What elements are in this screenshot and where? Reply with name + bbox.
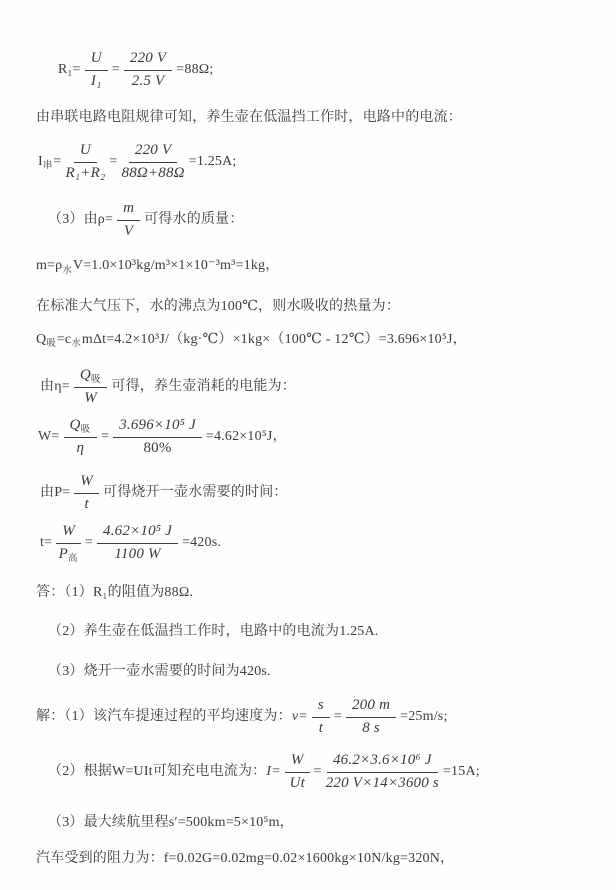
fraction: Q吸 η: [64, 416, 98, 458]
fraction-numerator: W: [74, 472, 99, 494]
math-run: V=1.0×10³kg/m³×1×10⁻³m³=1kg，: [73, 256, 280, 276]
fraction-numerator: U: [85, 49, 108, 71]
fraction-denominator: t: [84, 494, 88, 515]
answer-3: （3）烧开一壶水需要的时间为420s.: [48, 662, 598, 682]
subscript: 串: [43, 160, 53, 174]
text-max-range: （3）最大续航里程s′=500km=5×10⁵m，: [48, 813, 598, 833]
fraction: 3.696×10⁵ J 80%: [113, 416, 202, 458]
solution-average-speed: 解：（1）该汽车提速过程的平均速度为： v= s t = 200 m 8 s =…: [36, 695, 598, 739]
formula-power-time: 由P= W t 可得烧开一壶水需要的时间：: [40, 469, 598, 517]
math-run: m=ρ: [36, 256, 62, 276]
fraction-denominator: t: [319, 718, 323, 739]
fraction-denominator: 80%: [143, 438, 171, 459]
text-run: （3）烧开一壶水需要的时间为420s.: [48, 662, 271, 682]
fraction: W t: [74, 472, 99, 514]
text-heat-absorbed: Q 吸 =c 水 mΔt=4.2×10³J/（kg·℃）×1kg×（100℃ -…: [36, 330, 598, 350]
text-run: 在标准大气压下，水的沸点为100℃，则水吸收的热量为：: [36, 297, 400, 317]
subscript: 高: [68, 554, 78, 564]
math-run: =: [112, 60, 120, 80]
formula-time-calculation: t= W P高 = 4.62×10⁵ J 1100 W =420s.: [40, 519, 598, 567]
answer-2: （2）养生壶在低温挡工作时，电路中的电流为1.25A.: [48, 622, 598, 642]
fraction: W Ut: [285, 751, 310, 793]
math-run: =1.25A;: [189, 152, 237, 172]
text-friction-force: 汽车受到的阻力为：f=0.02G=0.02mg=0.02×1600kg×10N/…: [36, 849, 598, 869]
formula-density-mass: （3）由ρ= m V 可得水的质量：: [48, 196, 598, 244]
math-run: =420s.: [182, 533, 221, 553]
text-run: 解：（1）该汽车提速过程的平均速度为：: [36, 707, 292, 727]
math-run: =: [101, 427, 109, 447]
fraction: W P高: [56, 522, 81, 564]
math-run: =15A;: [443, 762, 480, 782]
math-run: t=: [40, 533, 52, 553]
math-run: Q: [80, 367, 91, 383]
math-run: =: [53, 152, 61, 172]
fraction: U I₁: [85, 49, 108, 91]
fraction: 46.2×3.6×10⁶ J 220 V×14×3600 s: [326, 751, 439, 793]
fraction-numerator: Q吸: [64, 416, 98, 438]
subscript: 吸: [91, 375, 101, 385]
fraction-denominator: 2.5 V: [132, 71, 165, 92]
fraction-numerator: W: [56, 522, 81, 544]
math-run: Q: [36, 330, 46, 350]
formula-series-current: I 串 = U R₁+R₂ = 220 V 88Ω+88Ω =1.25A;: [38, 138, 598, 186]
answer-1: 答：（1）R₁的阻值为88Ω.: [36, 583, 598, 603]
formula-efficiency: 由η= Q吸 W 可得，养生壶消耗的电能为：: [40, 363, 598, 411]
subscript: 水: [71, 338, 81, 352]
text-run: 由串联电路电阻规律可知，养生壶在低温挡工作时，电路中的电流：: [36, 108, 462, 128]
fraction-numerator: W: [285, 751, 310, 773]
math-run: =: [85, 533, 93, 553]
subscript: 吸: [46, 338, 56, 352]
formula-r1-resistance: R₁= U I₁ = 220 V 2.5 V =88Ω;: [58, 46, 598, 94]
text-series-rule: 由串联电路电阻规律可知，养生壶在低温挡工作时，电路中的电流：: [36, 108, 598, 128]
math-run: =88Ω;: [176, 60, 213, 80]
fraction-numerator: 200 m: [346, 696, 396, 718]
text-boiling-point: 在标准大气压下，水的沸点为100℃，则水吸收的热量为：: [36, 297, 598, 317]
text-run: 汽车受到的阻力为：f=0.02G=0.02mg=0.02×1600kg×10N/…: [36, 849, 454, 869]
math-run: R₁=: [58, 60, 81, 80]
fraction-numerator: 220 V: [124, 49, 172, 71]
fraction-denominator: Ut: [290, 773, 305, 794]
fraction-denominator: P高: [59, 544, 79, 565]
fraction: 220 V 88Ω+88Ω: [122, 141, 185, 183]
text-run: （3）最大续航里程s′=500km=5×10⁵m，: [48, 813, 294, 833]
formula-electric-energy: W= Q吸 η = 3.696×10⁵ J 80% =4.62×10⁵J，: [38, 413, 598, 461]
fraction-denominator: V: [124, 221, 133, 242]
math-run: （3）由ρ=: [48, 210, 113, 230]
subscript: 吸: [81, 425, 91, 435]
fraction-numerator: 220 V: [129, 141, 177, 163]
fraction: s t: [312, 696, 330, 738]
math-run: W=: [38, 427, 60, 447]
fraction-numerator: U: [74, 141, 97, 163]
fraction: 4.62×10⁵ J 1100 W: [97, 522, 178, 564]
math-run: =25m/s;: [400, 707, 447, 727]
math-run: mΔt=4.2×10³J/（kg·℃）×1kg×（100℃ - 12℃）=3.6…: [82, 330, 467, 350]
text-run: （2）养生壶在低温挡工作时，电路中的电流为1.25A.: [48, 622, 379, 642]
math-run: =c: [57, 330, 72, 350]
math-run: =: [109, 152, 117, 172]
math-run: =: [314, 762, 322, 782]
fraction-numerator: s: [312, 696, 330, 718]
fraction-denominator: 220 V×14×3600 s: [326, 773, 439, 794]
math-run: I=: [266, 762, 281, 782]
fraction: m V: [117, 199, 140, 241]
fraction: 200 m 8 s: [346, 696, 396, 738]
fraction: Q吸 W: [74, 366, 108, 408]
text-run: 可得水的质量：: [144, 210, 243, 230]
fraction: U R₁+R₂: [66, 141, 106, 183]
fraction-denominator: 88Ω+88Ω: [122, 163, 185, 184]
solution-document: R₁= U I₁ = 220 V 2.5 V =88Ω; 由串联电路电阻规律可知…: [0, 0, 616, 890]
math-run: v=: [292, 707, 308, 727]
math-run: P: [59, 546, 68, 562]
fraction-numerator: m: [117, 199, 140, 221]
fraction-numerator: 4.62×10⁵ J: [97, 522, 178, 544]
fraction-denominator: W: [84, 388, 97, 409]
fraction: 220 V 2.5 V: [124, 49, 172, 91]
fraction-denominator: 8 s: [362, 718, 380, 739]
fraction-numerator: 46.2×3.6×10⁶ J: [327, 751, 438, 773]
formula-charging-current: （2）根据W=UIt可知充电电流为： I= W Ut = 46.2×3.6×10…: [48, 749, 598, 795]
text-run: 答：（1）R₁的阻值为88Ω.: [36, 583, 193, 603]
subscript: 水: [62, 265, 72, 279]
text-mass-calculation: m=ρ 水 V=1.0×10³kg/m³×1×10⁻³m³=1kg，: [36, 256, 598, 276]
text-run: 可得，养生壶消耗的电能为：: [111, 377, 296, 397]
math-run: =: [334, 707, 342, 727]
math-run: 由η=: [40, 377, 70, 397]
math-run: 由P=: [40, 483, 70, 503]
fraction-numerator: 3.696×10⁵ J: [113, 416, 202, 438]
text-run: 可得烧开一壶水需要的时间：: [103, 483, 288, 503]
math-run: Q: [70, 417, 81, 433]
fraction-denominator: 1100 W: [114, 544, 160, 565]
math-run: =4.62×10⁵J，: [206, 427, 287, 447]
text-run: （2）根据W=UIt可知充电电流为：: [48, 762, 266, 782]
fraction-denominator: I₁: [91, 71, 102, 92]
fraction-denominator: R₁+R₂: [66, 163, 106, 184]
fraction-denominator: η: [76, 438, 84, 459]
fraction-numerator: Q吸: [74, 366, 108, 388]
